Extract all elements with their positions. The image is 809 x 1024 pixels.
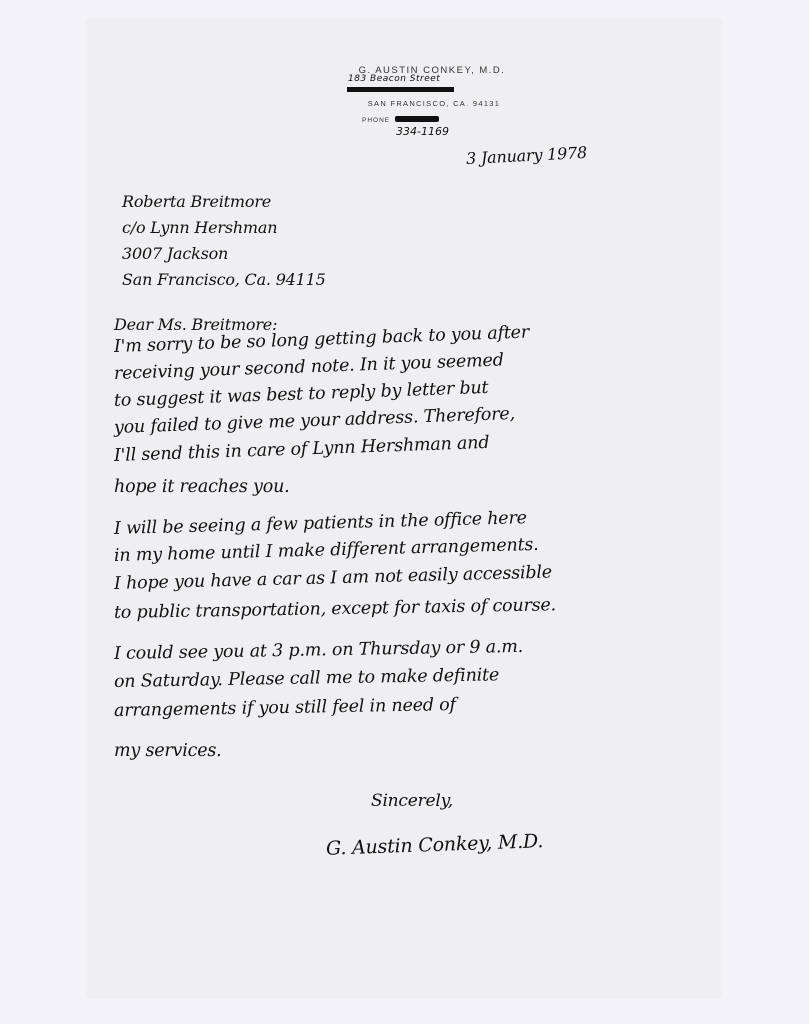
letterhead-phone-label: PHONE (362, 117, 390, 124)
recipient-line: Roberta Breitmore (122, 192, 271, 211)
letterhead-city: SAN FRANCISCO, CA. 94131 (334, 99, 534, 108)
redaction-bar (395, 116, 439, 122)
body-line: I hope you have a car as I am not easily… (114, 563, 552, 594)
body-line: to public transportation, except for tax… (114, 595, 556, 623)
letter-date: 3 January 1978 (466, 143, 588, 168)
recipient-line: 3007 Jackson (122, 244, 228, 263)
body-line: you failed to give me your address. Ther… (114, 404, 516, 438)
recipient-line: San Francisco, Ca. 94115 (122, 270, 326, 289)
body-line: I will be seeing a few patients in the o… (114, 508, 527, 539)
body-line: arrangements if you still feel in need o… (114, 695, 456, 721)
closing: Sincerely, (371, 791, 453, 811)
body-line: I could see you at 3 p.m. on Thursday or… (114, 637, 523, 664)
body-line: hope it reaches you. (114, 477, 290, 497)
signature: G. Austin Conkey, M.D. (326, 830, 544, 860)
body-line: in my home until I make different arrang… (114, 535, 539, 566)
recipient-line: c/o Lynn Hershman (122, 218, 277, 237)
letterhead-phone: 334-1169 (396, 125, 449, 138)
letterhead-street: 183 Beacon Street (348, 74, 440, 84)
body-line: I'll send this in care of Lynn Hershman … (114, 433, 490, 466)
redaction-bar (347, 87, 454, 92)
body-line: on Saturday. Please call me to make defi… (114, 665, 499, 692)
body-line: my services. (114, 741, 222, 761)
letter-page: G. AUSTIN CONKEY, M.D. 183 Beacon Street… (86, 19, 722, 998)
